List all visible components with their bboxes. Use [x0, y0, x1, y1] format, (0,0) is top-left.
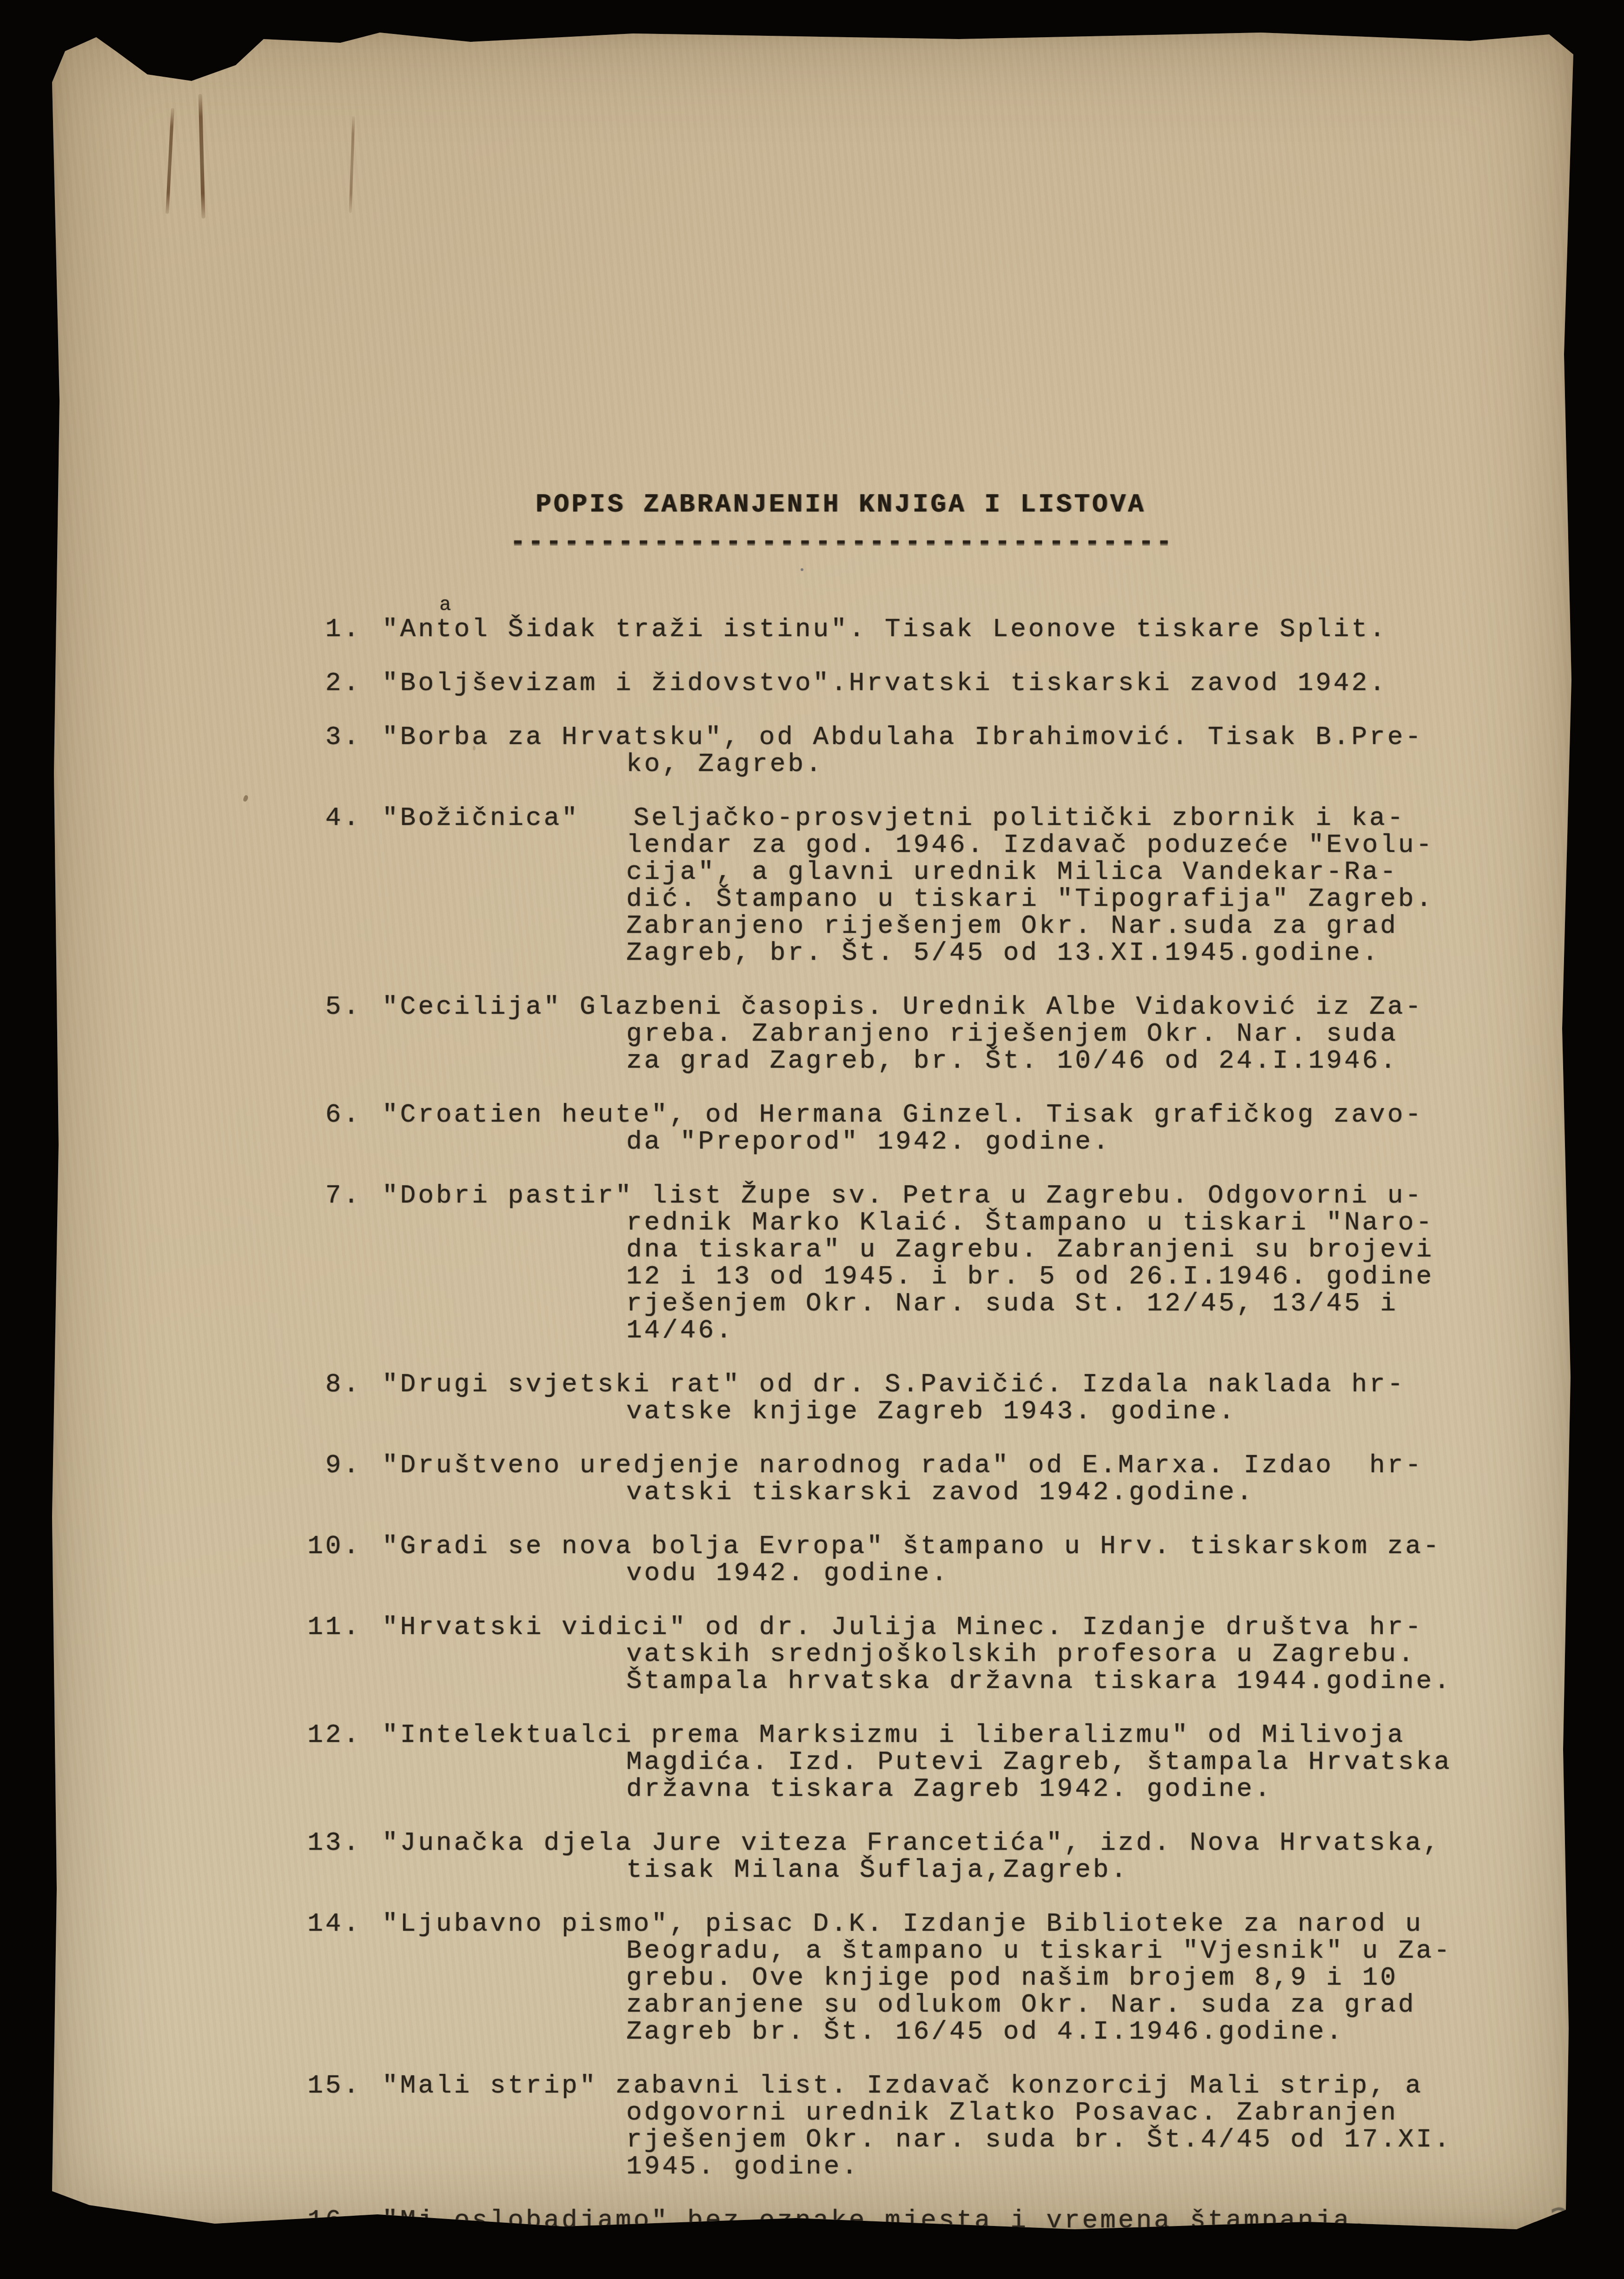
pencil-mark — [166, 108, 174, 214]
handwritten-page-number: 2 — [1549, 2200, 1573, 2240]
list-item: 10."Gradi se nova bolja Evropa" štampano… — [298, 1533, 1489, 1587]
item-line: "Mi oslobadjamo" bez oznake mjesta i vre… — [382, 2207, 1489, 2234]
item-line: Zabranjeno riješenjem Okr. Nar.suda za g… — [626, 912, 1489, 939]
item-text: "Junačka djela Jure viteza Francetića", … — [382, 1829, 1489, 1883]
item-number: 7. — [298, 1182, 361, 1344]
item-line: rednik Marko Klaić. Štampano u tiskari "… — [626, 1209, 1489, 1236]
item-text: "Boljševizam i židovstvo".Hrvatski tiska… — [382, 670, 1489, 697]
item-line: Štampala hrvatska državna tiskara 1944.g… — [626, 1668, 1489, 1694]
item-number: 13. — [298, 1829, 361, 1883]
item-line: grebu. Ove knjige pod našim brojem 8,9 i… — [626, 1964, 1489, 1991]
item-line: Beogradu, a štampano u tiskari "Vjesnik"… — [626, 1937, 1489, 1964]
pencil-mark — [198, 94, 205, 219]
item-text: "Dobri pastir" list Župe sv. Petra u Zag… — [382, 1182, 1489, 1344]
item-line: da "Preporod" 1942. godine. — [626, 1128, 1489, 1155]
list-item: 2."Boljševizam i židovstvo".Hrvatski tis… — [298, 670, 1489, 697]
list-item: 6."Croatien heute", od Hermana Ginzel. T… — [298, 1101, 1489, 1155]
item-number: 3. — [298, 724, 361, 777]
paper-speck — [243, 795, 249, 802]
item-line: "Drugi svjetski rat" od dr. S.Pavičić. I… — [382, 1371, 1489, 1398]
list-item: 14."Ljubavno pismo", pisac D.K. Izdanje … — [298, 1910, 1489, 2045]
item-text: "Croatien heute", od Hermana Ginzel. Tis… — [382, 1101, 1489, 1155]
paper-stain — [1565, 1055, 1584, 1071]
list-item: 1."Antol Šidak traži istinu". Tisak Leon… — [298, 616, 1489, 643]
item-number: 10. — [298, 1533, 361, 1587]
item-text: "Intelektualci prema Marksizmu i liberal… — [382, 1721, 1489, 1802]
item-line: "Mali strip" zabavni list. Izdavač konzo… — [382, 2072, 1489, 2099]
list-item: 3."Borba za Hrvatsku", od Abdulaha Ibrah… — [298, 724, 1489, 777]
item-line: dna tiskara" u Zagrebu. Zabranjeni su br… — [626, 1236, 1489, 1263]
item-line: lendar za god. 1946. Izdavač poduzeće "E… — [626, 831, 1489, 858]
item-line: 1945. godine. — [626, 2153, 1489, 2180]
item-line: vodu 1942. godine. — [626, 1560, 1489, 1587]
item-text: "Društveno uredjenje narodnog rada" od E… — [382, 1452, 1489, 1506]
item-line: "Božičnica" Seljačko-prosvjetni političk… — [382, 804, 1489, 831]
list-item: 15."Mali strip" zabavni list. Izdavač ko… — [298, 2072, 1489, 2180]
title-underline: ------------------------------------- — [510, 528, 1174, 555]
item-line: vatskih srednjoškolskih profesora u Zagr… — [626, 1641, 1489, 1668]
item-text: "Cecilija" Glazbeni časopis. Urednik Alb… — [382, 993, 1489, 1074]
item-line: 14/46. — [626, 1317, 1489, 1344]
item-line: Zagreb, br. Št. 5/45 od 13.XI.1945.godin… — [626, 939, 1489, 966]
item-line: "Antol Šidak traži istinu". Tisak Leonov… — [382, 616, 1489, 643]
item-text: "Mali strip" zabavni list. Izdavač konzo… — [382, 2072, 1489, 2180]
item-line: vatski tiskarski zavod 1942.godine. — [626, 1479, 1489, 1506]
item-text: "Antol Šidak traži istinu". Tisak Leonov… — [382, 616, 1489, 643]
item-line: odgovorni urednik Zlatko Posavac. Zabran… — [626, 2099, 1489, 2126]
item-number: 8. — [298, 1371, 361, 1425]
document-page: POPIS ZABRANJENIH KNJIGA I LISTOVA -----… — [52, 29, 1573, 2229]
item-line: "Ljubavno pismo", pisac D.K. Izdanje Bib… — [382, 1910, 1489, 1937]
item-line: tisak Milana Šuflaja,Zagreb. — [626, 1856, 1489, 1883]
typed-insertion-a: a — [439, 595, 451, 615]
pencil-mark — [349, 116, 355, 213]
list-item: 7."Dobri pastir" list Župe sv. Petra u Z… — [298, 1182, 1489, 1344]
item-line: cija", a glavni urednik Milica Vandekar-… — [626, 858, 1489, 885]
item-line: državna tiskara Zagreb 1942. godine. — [626, 1775, 1489, 1802]
list-item: 8."Drugi svjetski rat" od dr. S.Pavičić.… — [298, 1371, 1489, 1425]
item-number: 9. — [298, 1452, 361, 1506]
item-line: za grad Zagreb, br. Št. 10/46 od 24.I.19… — [626, 1047, 1489, 1074]
item-number: 5. — [298, 993, 361, 1074]
item-number: 16. — [298, 2207, 361, 2234]
list-item: 13."Junačka djela Jure viteza Francetića… — [298, 1829, 1489, 1883]
paper-speck — [801, 568, 803, 571]
item-line: "Hrvatski vidici" od dr. Julija Minec. I… — [382, 1614, 1489, 1641]
list-item: 5."Cecilija" Glazbeni časopis. Urednik A… — [298, 993, 1489, 1074]
item-number: 12. — [298, 1721, 361, 1802]
list-item: 16."Mi oslobadjamo" bez oznake mjesta i … — [298, 2207, 1489, 2234]
item-line: dić. Štampano u tiskari "Tipografija" Za… — [626, 885, 1489, 912]
document-title: POPIS ZABRANJENIH KNJIGA I LISTOVA — [536, 491, 1146, 518]
item-text: "Borba za Hrvatsku", od Abdulaha Ibrahim… — [382, 724, 1489, 777]
list-item: 12."Intelektualci prema Marksizmu i libe… — [298, 1721, 1489, 1802]
item-line: greba. Zabranjeno riješenjem Okr. Nar. s… — [626, 1020, 1489, 1047]
item-text: "Hrvatski vidici" od dr. Julija Minec. I… — [382, 1614, 1489, 1694]
item-line: Magdića. Izd. Putevi Zagreb, štampala Hr… — [626, 1748, 1489, 1775]
item-number: 6. — [298, 1101, 361, 1155]
item-line: vatske knjige Zagreb 1943. godine. — [626, 1398, 1489, 1425]
item-line: "Croatien heute", od Hermana Ginzel. Tis… — [382, 1101, 1489, 1128]
item-line: "Gradi se nova bolja Evropa" štampano u … — [382, 1533, 1489, 1560]
item-line: "Junačka djela Jure viteza Francetića", … — [382, 1829, 1489, 1856]
item-line: "Društveno uredjenje narodnog rada" od E… — [382, 1452, 1489, 1479]
item-line: "Dobri pastir" list Župe sv. Petra u Zag… — [382, 1182, 1489, 1209]
item-line: "Boljševizam i židovstvo".Hrvatski tiska… — [382, 670, 1489, 697]
item-number: 4. — [298, 804, 361, 966]
banned-items-list: 1."Antol Šidak traži istinu". Tisak Leon… — [298, 616, 1489, 2261]
item-line: "Intelektualci prema Marksizmu i liberal… — [382, 1721, 1489, 1748]
item-line: 12 i 13 od 1945. i br. 5 od 26.I.1946. g… — [626, 1263, 1489, 1290]
list-item: 4."Božičnica" Seljačko-prosvjetni politi… — [298, 804, 1489, 966]
item-line: rješenjem Okr. Nar. suda St. 12/45, 13/4… — [626, 1290, 1489, 1317]
item-number: 14. — [298, 1910, 361, 2045]
item-line: "Borba za Hrvatsku", od Abdulaha Ibrahim… — [382, 724, 1489, 751]
item-line: rješenjem Okr. nar. suda br. Št.4/45 od … — [626, 2126, 1489, 2153]
item-text: "Drugi svjetski rat" od dr. S.Pavičić. I… — [382, 1371, 1489, 1425]
item-text: "Ljubavno pismo", pisac D.K. Izdanje Bib… — [382, 1910, 1489, 2045]
item-text: "Božičnica" Seljačko-prosvjetni političk… — [382, 804, 1489, 966]
item-text: "Mi oslobadjamo" bez oznake mjesta i vre… — [382, 2207, 1489, 2234]
item-line: ko, Zagreb. — [626, 751, 1489, 777]
item-number: 11. — [298, 1614, 361, 1694]
item-line: "Cecilija" Glazbeni časopis. Urednik Alb… — [382, 993, 1489, 1020]
list-item: 11."Hrvatski vidici" od dr. Julija Minec… — [298, 1614, 1489, 1694]
item-number: 1. — [298, 616, 361, 643]
item-number: 2. — [298, 670, 361, 697]
item-number: 15. — [298, 2072, 361, 2180]
list-item: 9."Društveno uredjenje narodnog rada" od… — [298, 1452, 1489, 1506]
item-line: zabranjene su odlukom Okr. Nar. suda za … — [626, 1991, 1489, 2018]
item-line: Zagreb br. Št. 16/45 od 4.I.1946.godine. — [626, 2018, 1489, 2045]
item-text: "Gradi se nova bolja Evropa" štampano u … — [382, 1533, 1489, 1587]
scan-background: POPIS ZABRANJENIH KNJIGA I LISTOVA -----… — [0, 0, 1624, 2279]
